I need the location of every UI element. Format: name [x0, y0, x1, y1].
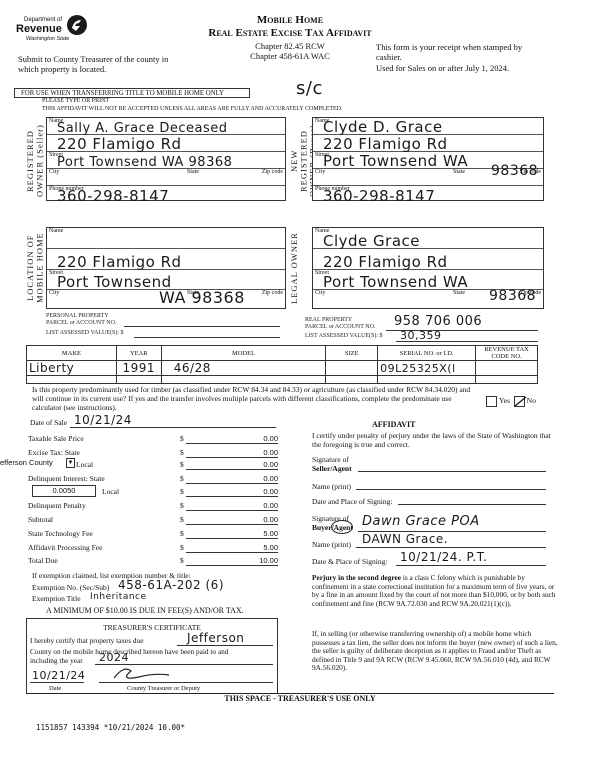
- serial-cell[interactable]: 09L25325X(l: [378, 361, 476, 376]
- timber-yes-checkbox[interactable]: [486, 396, 497, 407]
- timber-question: Is this property predominantly used for …: [32, 385, 472, 412]
- buyer-street-row[interactable]: 220 Flamigo Rd: [313, 135, 543, 152]
- seller-section-label: REGISTERED OWNER (Seller): [26, 118, 48, 204]
- personal-property-label: PERSONAL PROPERTY PARCEL or ACCOUNT NO.: [46, 313, 116, 327]
- seller-name: Sally A. Grace Deceased: [57, 121, 228, 136]
- real-assessed-field[interactable]: 30,359: [396, 333, 538, 342]
- seller-phone-row[interactable]: Phone number 360-298-8147: [47, 186, 285, 202]
- legal-owner-name-row[interactable]: Name Clyde Grace: [313, 228, 543, 249]
- personal-assessed-field[interactable]: [134, 330, 280, 338]
- agent-circle: [331, 520, 353, 534]
- buyer-name: Clyde D. Grace: [323, 118, 443, 136]
- legal-owner-name: Clyde Grace: [323, 232, 420, 250]
- seller-city-row[interactable]: Street Port Townsend WA 98368: [47, 152, 285, 169]
- make-cell[interactable]: Liberty: [27, 361, 117, 376]
- size-cell[interactable]: [326, 361, 378, 376]
- personal-parcel-field[interactable]: [124, 319, 280, 327]
- receipt-stamp: 1151857 143394 *10/21/2024 10.00*: [36, 723, 185, 732]
- affidavit-heading: AFFIDAVIT: [372, 420, 415, 429]
- completion-warning: THIS AFFIDAVIT WILL NOT BE ACCEPTED UNLE…: [42, 106, 343, 112]
- year-cell[interactable]: 1991: [116, 361, 161, 376]
- personal-assessed-label: LIST ASSESSED VALUE(S): $: [46, 330, 124, 336]
- transfer-only-banner: FOR USE WHEN TRANSFERRING TITLE TO MOBIL…: [14, 88, 250, 98]
- treasurer-county-field[interactable]: Jefferson: [177, 638, 273, 646]
- fee-row-processing-fee: Affidavit Processing Fee$5.00: [28, 543, 278, 555]
- seller-street: 220 Flamigo Rd: [57, 135, 182, 153]
- handwritten-sc-mark: s/c: [296, 78, 323, 99]
- chapter-rcw: Chapter 82.45 RCW: [240, 41, 340, 51]
- real-property-label: REAL PROPERTY PARCEL or ACCOUNT NO.: [305, 317, 375, 331]
- seller-name-label: Name (print): [312, 482, 351, 491]
- buyer-street: 220 Flamigo Rd: [323, 135, 448, 153]
- buyer-name-row[interactable]: Name Clyde D. Grace: [313, 118, 543, 135]
- form-title-line1: Mobile Home: [190, 14, 390, 26]
- fee-row-taxable-sale-price: Taxable Sale Price$0.00: [28, 434, 278, 446]
- type-or-print: PLEASE TYPE OR PRINT: [42, 98, 109, 104]
- dor-logo: Department of Revenue Washington State: [16, 14, 96, 44]
- treasurer-date-field[interactable]: 10/21/24: [30, 675, 84, 683]
- exemption-title[interactable]: Inheritance: [90, 592, 147, 602]
- tax-code-cell[interactable]: [476, 361, 538, 376]
- seller-phone: 360-298-8147: [57, 187, 169, 205]
- location-street: 220 Flamigo Rd: [57, 253, 182, 271]
- wa-logo-icon: [66, 14, 88, 36]
- fee-row-subtotal: Subtotal$0.00: [28, 515, 278, 527]
- location-street-row[interactable]: 220 Flamigo Rd: [47, 249, 285, 270]
- seller-date-field[interactable]: [398, 496, 546, 505]
- location-name-row[interactable]: Name: [47, 228, 285, 249]
- seller-name-field[interactable]: [356, 481, 546, 490]
- legal-owner-zip: 98368: [489, 288, 536, 304]
- seller-street-row[interactable]: 220 Flamigo Rd: [47, 135, 285, 152]
- location-city-row[interactable]: Street Port Townsend: [47, 270, 285, 290]
- treasurer-use-only: THIS SPACE - TREASURER'S USE ONLY: [200, 694, 400, 703]
- location-city: Port Townsend: [57, 273, 172, 291]
- perjury-notice: Perjury in the second degree is a class …: [312, 574, 560, 608]
- receipt-note: This form is your receipt when stamped b…: [376, 42, 546, 62]
- seller-signature-label: Signature of Seller/Agent: [312, 455, 352, 473]
- seller-csz-labels: City State Zip code: [47, 169, 285, 186]
- location-csz-row[interactable]: City State Zip code WA 98368: [47, 290, 285, 310]
- real-assessed-label: LIST ASSESSED VALUE(S): $: [305, 333, 383, 339]
- minimum-due-note: A MINIMUM OF $10.00 IS DUE IN FEE(S) AND…: [46, 606, 244, 615]
- treasurer-county: Jefferson: [187, 631, 244, 645]
- mobile-home-table: MAKE YEAR MODEL SIZE SERIAL NO. or I.D. …: [26, 345, 538, 384]
- treasurer-signature-icon: [109, 663, 179, 683]
- table-row[interactable]: Liberty 1991 46/28 09L25325X(l: [27, 361, 538, 376]
- buyer-phone-row[interactable]: Phone number 360-298-8147: [313, 186, 543, 202]
- fee-row-total-due: Total Due$10.00: [28, 556, 278, 568]
- buyer-print-name: DAWN Grace.: [362, 532, 448, 546]
- legal-owner-csz-row[interactable]: City State Zip code 98368: [313, 290, 543, 310]
- affidavit-statement: I certify under penalty of perjury under…: [312, 432, 557, 449]
- buyer-csz-row[interactable]: City State Zip code 98368: [313, 169, 543, 186]
- exemption-number[interactable]: 458-61A-202 (6): [118, 578, 224, 592]
- timber-yes-no: Yes No: [484, 396, 536, 407]
- seller-box: Name Sally A. Grace Deceased 220 Flamigo…: [46, 117, 286, 201]
- real-assessed-value: 30,359: [400, 329, 442, 342]
- seller-city-state-zip: Port Townsend WA 98368: [57, 155, 232, 170]
- buyer-city-state: Port Townsend WA: [323, 152, 468, 170]
- fee-row-technology-fee: State Technology Fee$5.00: [28, 529, 278, 541]
- buyer-date-place: 10/21/24. P.T.: [400, 550, 487, 564]
- real-parcel-number: 958 706 006: [394, 314, 482, 329]
- legal-owner-section-label: LEGAL OWNER: [290, 228, 312, 308]
- treasurer-certificate: TREASURER'S CERTIFICATE I hereby certify…: [26, 618, 278, 693]
- date-of-sale-label: Date of Sale: [30, 418, 67, 427]
- legal-owner-city: Port Townsend WA: [323, 273, 468, 291]
- fee-row-delinquent-penalty: Delinquent Penalty$0.00: [28, 501, 278, 513]
- buyer-name-field[interactable]: DAWN Grace.: [356, 539, 546, 548]
- buyer-name-label: Name (print): [312, 540, 351, 549]
- date-of-sale-field[interactable]: 10/21/24: [70, 418, 276, 428]
- submit-note: Submit to County Treasurer of the county…: [18, 54, 188, 74]
- seller-date-label: Date and Place of Signing:: [312, 497, 392, 506]
- exemption-number-label: Exemption No. (Sec/Sub): [32, 583, 109, 592]
- buyer-signature-field[interactable]: Dawn Grace POA: [358, 522, 546, 532]
- location-section-label: LOCATION OF MOBILE HOME: [26, 228, 48, 308]
- exemption-title-label: Exemption Title: [32, 594, 81, 603]
- treasurer-date: 10/21/24: [32, 669, 85, 682]
- legal-owner-street-row[interactable]: 220 Flamigo Rd: [313, 249, 543, 270]
- tax-lien-notice: If, in selling (or otherwise transferrin…: [312, 630, 560, 673]
- buyer-box: Name Clyde D. Grace 220 Flamigo Rd Stree…: [312, 117, 544, 201]
- seller-name-row[interactable]: Name Sally A. Grace Deceased: [47, 118, 285, 135]
- buyer-date-field[interactable]: 10/21/24. P.T.: [396, 556, 546, 566]
- form-title-line2: Real Estate Excise Tax Affidavit: [160, 27, 420, 39]
- seller-signature-field[interactable]: [358, 463, 546, 472]
- table-row-empty[interactable]: [27, 376, 538, 384]
- legal-owner-box: Name Clyde Grace 220 Flamigo Rd Street P…: [312, 227, 544, 309]
- table-header-row: MAKE YEAR MODEL SIZE SERIAL NO. or I.D. …: [27, 346, 538, 361]
- buyer-signature: Dawn Grace POA: [362, 514, 480, 529]
- buyer-section-label: NEW REGISTERED OWNER (Buyer): [290, 118, 312, 204]
- timber-no-checkbox[interactable]: [514, 396, 525, 407]
- treasurer-signature-field[interactable]: [99, 675, 273, 683]
- buyer-date-label: Date & Place of Signing:: [312, 557, 387, 566]
- buyer-phone: 360-298-8147: [323, 187, 435, 205]
- model-cell[interactable]: 46/28: [161, 361, 326, 376]
- legal-owner-street: 220 Flamigo Rd: [323, 253, 448, 271]
- location-box: Name 220 Flamigo Rd Street Port Townsend…: [46, 227, 286, 309]
- chapter-wac: Chapter 458-61A WAC: [230, 51, 350, 61]
- sales-date-note: Used for Sales on or after July 1, 2024.: [376, 63, 576, 73]
- location-state-zip: WA 98368: [159, 288, 245, 307]
- buyer-zip: 98368: [491, 163, 538, 179]
- legal-owner-city-row[interactable]: Street Port Townsend WA: [313, 270, 543, 290]
- fee-row-excise-local: Local$0.00: [28, 460, 278, 472]
- check-mark-icon: [514, 396, 527, 407]
- fee-row-delinquent-local: Local$0.00: [28, 487, 278, 499]
